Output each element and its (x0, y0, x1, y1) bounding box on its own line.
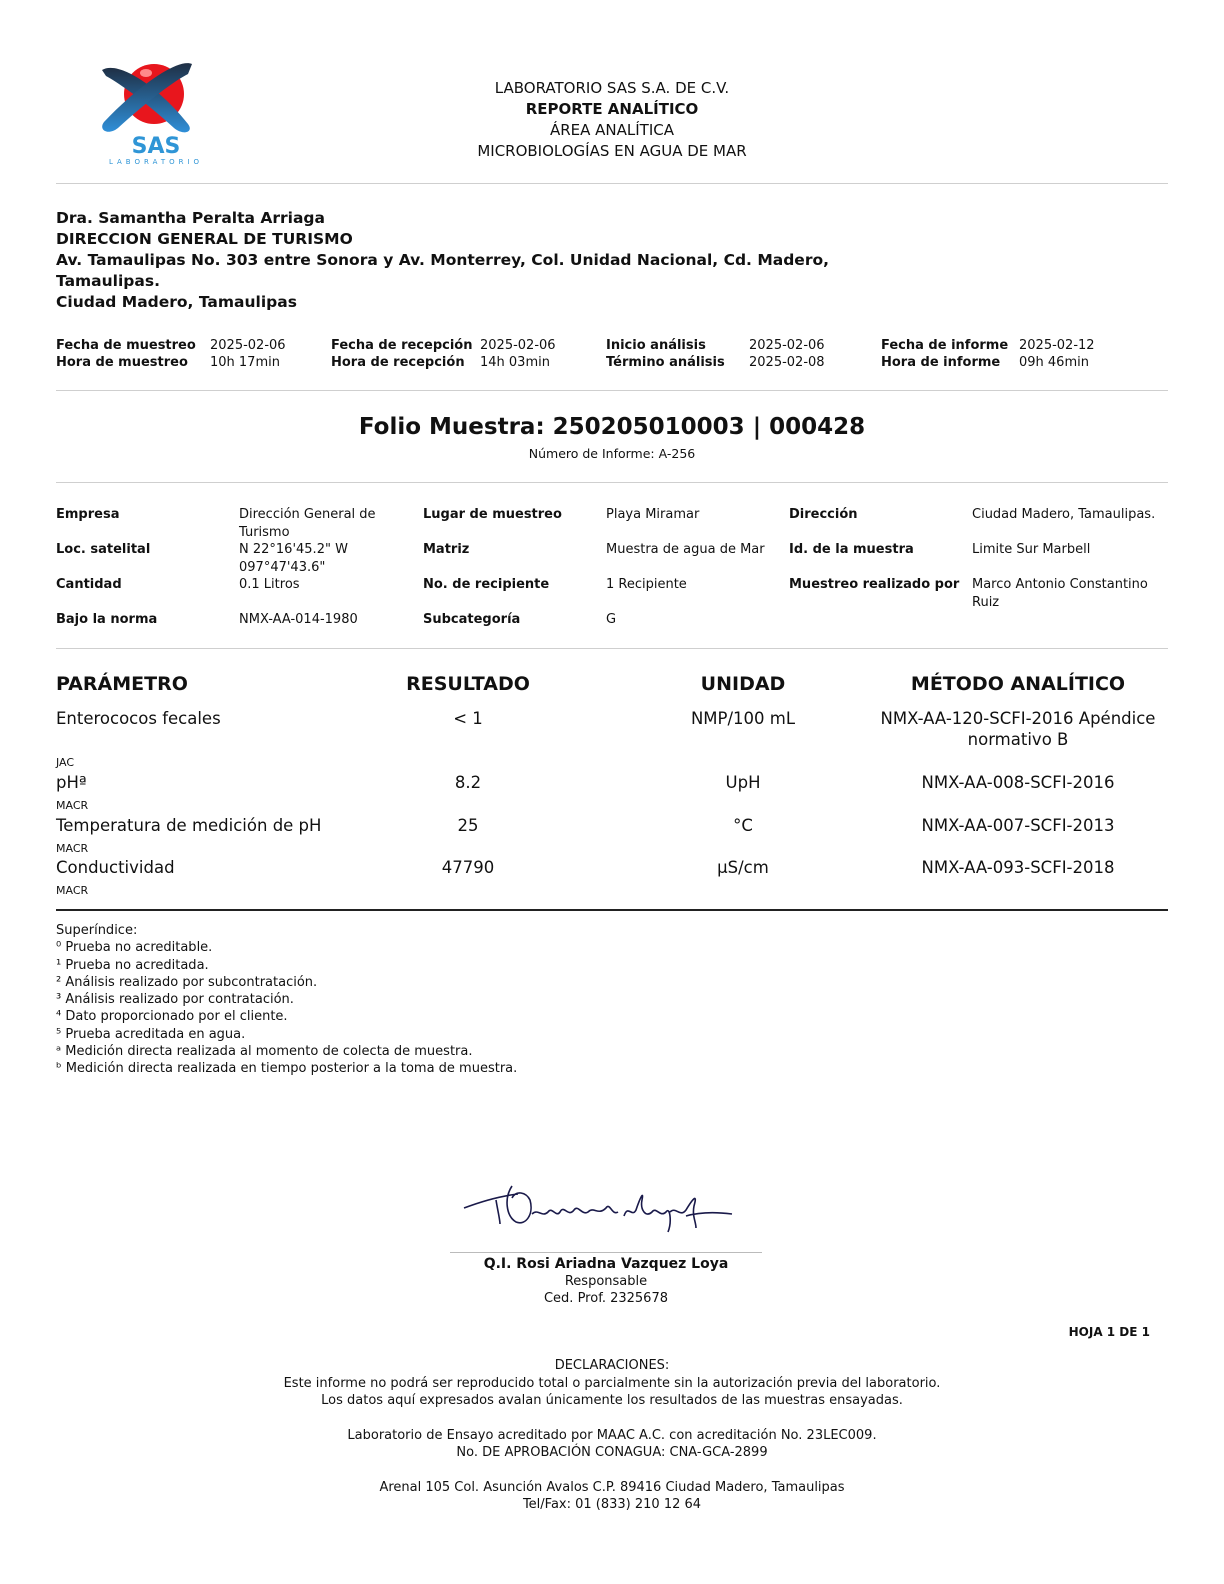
info-value: G (606, 611, 616, 629)
footnote: ¹ Prueba no acreditada. (56, 957, 517, 974)
info-value: Playa Miramar (606, 506, 699, 524)
declaration-line: Los datos aquí expresados avalan únicame… (0, 1392, 1224, 1410)
info-label: Loc. satelital (56, 541, 150, 559)
lab-logo: SAS LABORATORIO (88, 56, 224, 166)
info-label: Bajo la norma (56, 611, 157, 629)
date-value: 2025-02-12 (1019, 337, 1095, 355)
parameter-name: Temperatura de medición de pH (56, 815, 321, 836)
info-label: No. de recipiente (423, 576, 549, 594)
unit-value: µS/cm (643, 857, 843, 878)
method-value: NMX-AA-093-SCFI-2018 (868, 857, 1168, 878)
divider (56, 183, 1168, 184)
approval-line: No. DE APROBACIÓN CONAGUA: CNA-GCA-2899 (0, 1444, 1224, 1462)
client-block: Dra. Samantha Peralta Arriaga DIRECCION … (56, 208, 829, 313)
info-label: Id. de la muestra (789, 541, 914, 559)
date-value: 2025-02-06 (749, 337, 825, 355)
method-value: NMX-AA-008-SCFI-2016 (868, 772, 1168, 793)
signatory-role: Responsable (450, 1273, 762, 1290)
date-label: Hora de recepción (331, 354, 465, 372)
col-header-method: MÉTODO ANALÍTICO (868, 673, 1168, 695)
col-header-parameter: PARÁMETRO (56, 673, 188, 695)
client-organization: DIRECCION GENERAL DE TURISMO (56, 229, 829, 250)
info-label: Matriz (423, 541, 469, 559)
signature-line (450, 1252, 762, 1253)
divider (56, 390, 1168, 391)
footnote: ᵇ Medición directa realizada en tiempo p… (56, 1060, 517, 1077)
date-label: Fecha de informe (881, 337, 1008, 355)
divider (56, 482, 1168, 483)
info-label: Subcategoría (423, 611, 520, 629)
col-header-unit: UNIDAD (643, 673, 843, 695)
info-value: 1 Recipiente (606, 576, 687, 594)
footnote: ⁰ Prueba no acreditable. (56, 939, 517, 956)
signature-image (460, 1178, 740, 1238)
accreditation-line: Laboratorio de Ensayo acreditado por MAA… (0, 1427, 1224, 1445)
client-address: Av. Tamaulipas No. 303 entre Sonora y Av… (56, 250, 829, 271)
info-label: Cantidad (56, 576, 122, 594)
divider (56, 648, 1168, 649)
signatory-license: Ced. Prof. 2325678 (450, 1290, 762, 1307)
atom-logo-icon: SAS LABORATORIO (88, 56, 224, 166)
declarations-title: DECLARACIONES: (0, 1357, 1224, 1375)
unit-value: °C (643, 815, 843, 836)
report-number: Número de Informe: A-256 (0, 446, 1224, 461)
analyst-initials: MACR (56, 884, 88, 897)
sample-info-grid: Empresa Dirección General de Turismo Lug… (56, 506, 1168, 631)
footnotes-title: Superíndice: (56, 922, 517, 939)
date-label: Hora de informe (881, 354, 1000, 372)
date-value: 14h 03min (480, 354, 550, 372)
declaration-line: Este informe no podrá ser reproducido to… (0, 1375, 1224, 1393)
info-value: Marco Antonio Constantino Ruiz (972, 576, 1162, 611)
unit-value: NMP/100 mL (643, 708, 843, 729)
date-label: Hora de muestreo (56, 354, 188, 372)
report-title: REPORTE ANALÍTICO (400, 99, 824, 120)
signature-icon (460, 1178, 740, 1238)
footnote: ᵃ Medición directa realizada al momento … (56, 1043, 517, 1060)
svg-text:SAS: SAS (132, 134, 181, 159)
result-value: 47790 (368, 857, 568, 878)
analyst-initials: MACR (56, 842, 88, 855)
date-label: Fecha de recepción (331, 337, 472, 355)
info-value: N 22°16'45.2" W 097°47'43.6" (239, 541, 379, 576)
unit-value: UpH (643, 772, 843, 793)
client-name: Dra. Samantha Peralta Arriaga (56, 208, 829, 229)
info-label: Lugar de muestreo (423, 506, 562, 524)
date-label: Término análisis (606, 354, 725, 372)
date-value: 10h 17min (210, 354, 280, 372)
info-value: Limite Sur Marbell (972, 541, 1090, 559)
footnote: ⁴ Dato proporcionado por el cliente. (56, 1008, 517, 1025)
footnote: ³ Análisis realizado por contratación. (56, 991, 517, 1008)
method-value: NMX-AA-007-SCFI-2013 (868, 815, 1168, 836)
signatory: Q.I. Rosi Ariadna Vazquez Loya Responsab… (450, 1255, 762, 1307)
report-subarea: MICROBIOLOGÍAS EN AGUA DE MAR (400, 141, 824, 162)
result-value: 25 (368, 815, 568, 836)
date-value: 2025-02-06 (210, 337, 286, 355)
client-city: Ciudad Madero, Tamaulipas (56, 292, 829, 313)
date-value: 2025-02-08 (749, 354, 825, 372)
lab-address: Arenal 105 Col. Asunción Avalos C.P. 894… (0, 1479, 1224, 1497)
result-value: < 1 (368, 708, 568, 729)
declarations: DECLARACIONES: Este informe no podrá ser… (0, 1357, 1224, 1514)
date-label: Inicio análisis (606, 337, 706, 355)
analyst-initials: JAC (56, 756, 74, 769)
report-header: LABORATORIO SAS S.A. DE C.V. REPORTE ANA… (400, 78, 824, 162)
folio-title: Folio Muestra: 250205010003 | 000428 (0, 414, 1224, 440)
company-name: LABORATORIO SAS S.A. DE C.V. (400, 78, 824, 99)
info-value: Ciudad Madero, Tamaulipas. (972, 506, 1155, 524)
col-header-result: RESULTADO (368, 673, 568, 695)
info-label: Empresa (56, 506, 119, 524)
svg-text:LABORATORIO: LABORATORIO (109, 158, 203, 166)
method-value: NMX-AA-120-SCFI-2016 Apéndice normativo … (878, 708, 1158, 750)
parameter-name: pHª (56, 772, 87, 793)
info-value: Dirección General de Turismo (239, 506, 389, 541)
dates-block: Fecha de muestreo 2025-02-06 Hora de mue… (56, 337, 1168, 377)
signatory-name: Q.I. Rosi Ariadna Vazquez Loya (450, 1255, 762, 1273)
result-value: 8.2 (368, 772, 568, 793)
parameter-name: Conductividad (56, 857, 175, 878)
footnotes: Superíndice: ⁰ Prueba no acreditable. ¹ … (56, 922, 517, 1078)
info-value: Muestra de agua de Mar (606, 541, 765, 559)
divider (56, 909, 1168, 911)
footnote: ⁵ Prueba acreditada en agua. (56, 1026, 517, 1043)
info-value: NMX-AA-014-1980 (239, 611, 358, 629)
date-value: 09h 46min (1019, 354, 1089, 372)
lab-phone: Tel/Fax: 01 (833) 210 12 64 (0, 1496, 1224, 1514)
info-label: Dirección (789, 506, 858, 524)
date-value: 2025-02-06 (480, 337, 556, 355)
footnote: ² Análisis realizado por subcontratación… (56, 974, 517, 991)
page-number: HOJA 1 DE 1 (1040, 1325, 1150, 1339)
date-label: Fecha de muestreo (56, 337, 196, 355)
client-address-2: Tamaulipas. (56, 271, 829, 292)
info-value: 0.1 Litros (239, 576, 300, 594)
report-area: ÁREA ANALÍTICA (400, 120, 824, 141)
info-label: Muestreo realizado por (789, 576, 959, 594)
analyst-initials: MACR (56, 799, 88, 812)
parameter-name: Enterococos fecales (56, 708, 221, 729)
